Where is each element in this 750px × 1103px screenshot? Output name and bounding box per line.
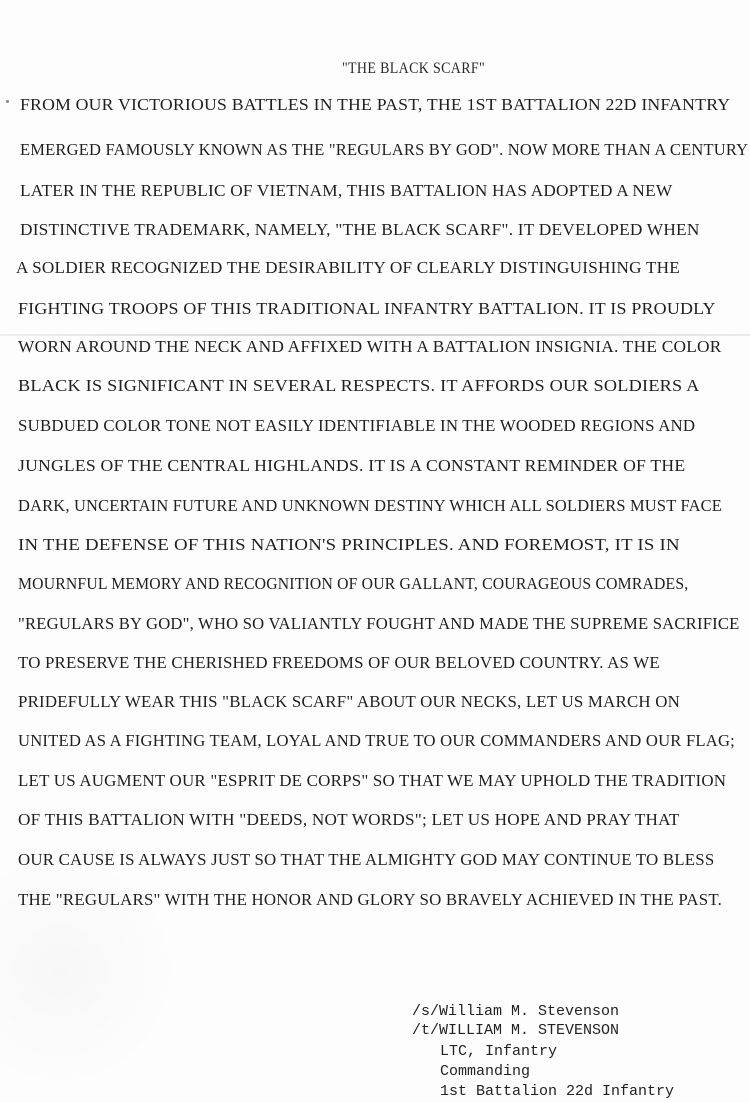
- body-line: FROM OUR VICTORIOUS BATTLES IN THE PAST,…: [20, 95, 730, 115]
- body-line: DARK, UNCERTAIN FUTURE AND UNKNOWN DESTI…: [18, 496, 722, 516]
- document-title: "THE BLACK SCARF": [342, 60, 485, 78]
- body-line: "REGULARS BY GOD", WHO SO VALIANTLY FOUG…: [18, 614, 740, 634]
- body-line: OUR CAUSE IS ALWAYS JUST SO THAT THE ALM…: [18, 850, 714, 870]
- body-line: BLACK IS SIGNIFICANT IN SEVERAL RESPECTS…: [18, 376, 700, 396]
- body-line: FIGHTING TROOPS OF THIS TRADITIONAL INFA…: [18, 299, 716, 319]
- body-line: DISTINCTIVE TRADEMARK, NAMELY, "THE BLAC…: [20, 220, 700, 240]
- body-line: UNITED AS A FIGHTING TEAM, LOYAL AND TRU…: [18, 731, 735, 751]
- margin-mark: [6, 100, 9, 103]
- document-page: "THE BLACK SCARF" FROM OUR VICTORIOUS BA…: [0, 0, 750, 1103]
- body-line: LATER IN THE REPUBLIC OF VIETNAM, THIS B…: [20, 181, 672, 201]
- body-line: A SOLDIER RECOGNIZED THE DESIRABILITY OF…: [16, 258, 680, 278]
- signature-signed: /s/William M. Stevenson: [412, 1003, 619, 1020]
- body-line: OF THIS BATTALION WITH "DEEDS, NOT WORDS…: [18, 810, 680, 830]
- body-line: JUNGLES OF THE CENTRAL HIGHLANDS. IT IS …: [18, 456, 685, 476]
- body-line: IN THE DEFENSE OF THIS NATION'S PRINCIPL…: [18, 535, 680, 555]
- signature-unit: 1st Battalion 22d Infantry: [440, 1083, 674, 1100]
- body-line: TO PRESERVE THE CHERISHED FREEDOMS OF OU…: [18, 653, 660, 673]
- paper-fold-line: [0, 334, 750, 336]
- body-line: THE "REGULARS" WITH THE HONOR AND GLORY …: [18, 890, 722, 910]
- signature-role: Commanding: [440, 1063, 530, 1080]
- signature-typed-name: /t/WILLIAM M. STEVENSON: [412, 1022, 619, 1039]
- body-line: SUBDUED COLOR TONE NOT EASILY IDENTIFIAB…: [18, 416, 695, 436]
- body-line: WORN AROUND THE NECK AND AFFIXED WITH A …: [18, 337, 722, 357]
- body-line: MOURNFUL MEMORY AND RECOGNITION OF OUR G…: [18, 574, 688, 594]
- body-line: PRIDEFULLY WEAR THIS "BLACK SCARF" ABOUT…: [18, 692, 680, 712]
- signature-rank: LTC, Infantry: [440, 1043, 557, 1060]
- body-line: LET US AUGMENT OUR "ESPRIT DE CORPS" SO …: [18, 771, 726, 791]
- body-line: EMERGED FAMOUSLY KNOWN AS THE "REGULARS …: [20, 140, 748, 160]
